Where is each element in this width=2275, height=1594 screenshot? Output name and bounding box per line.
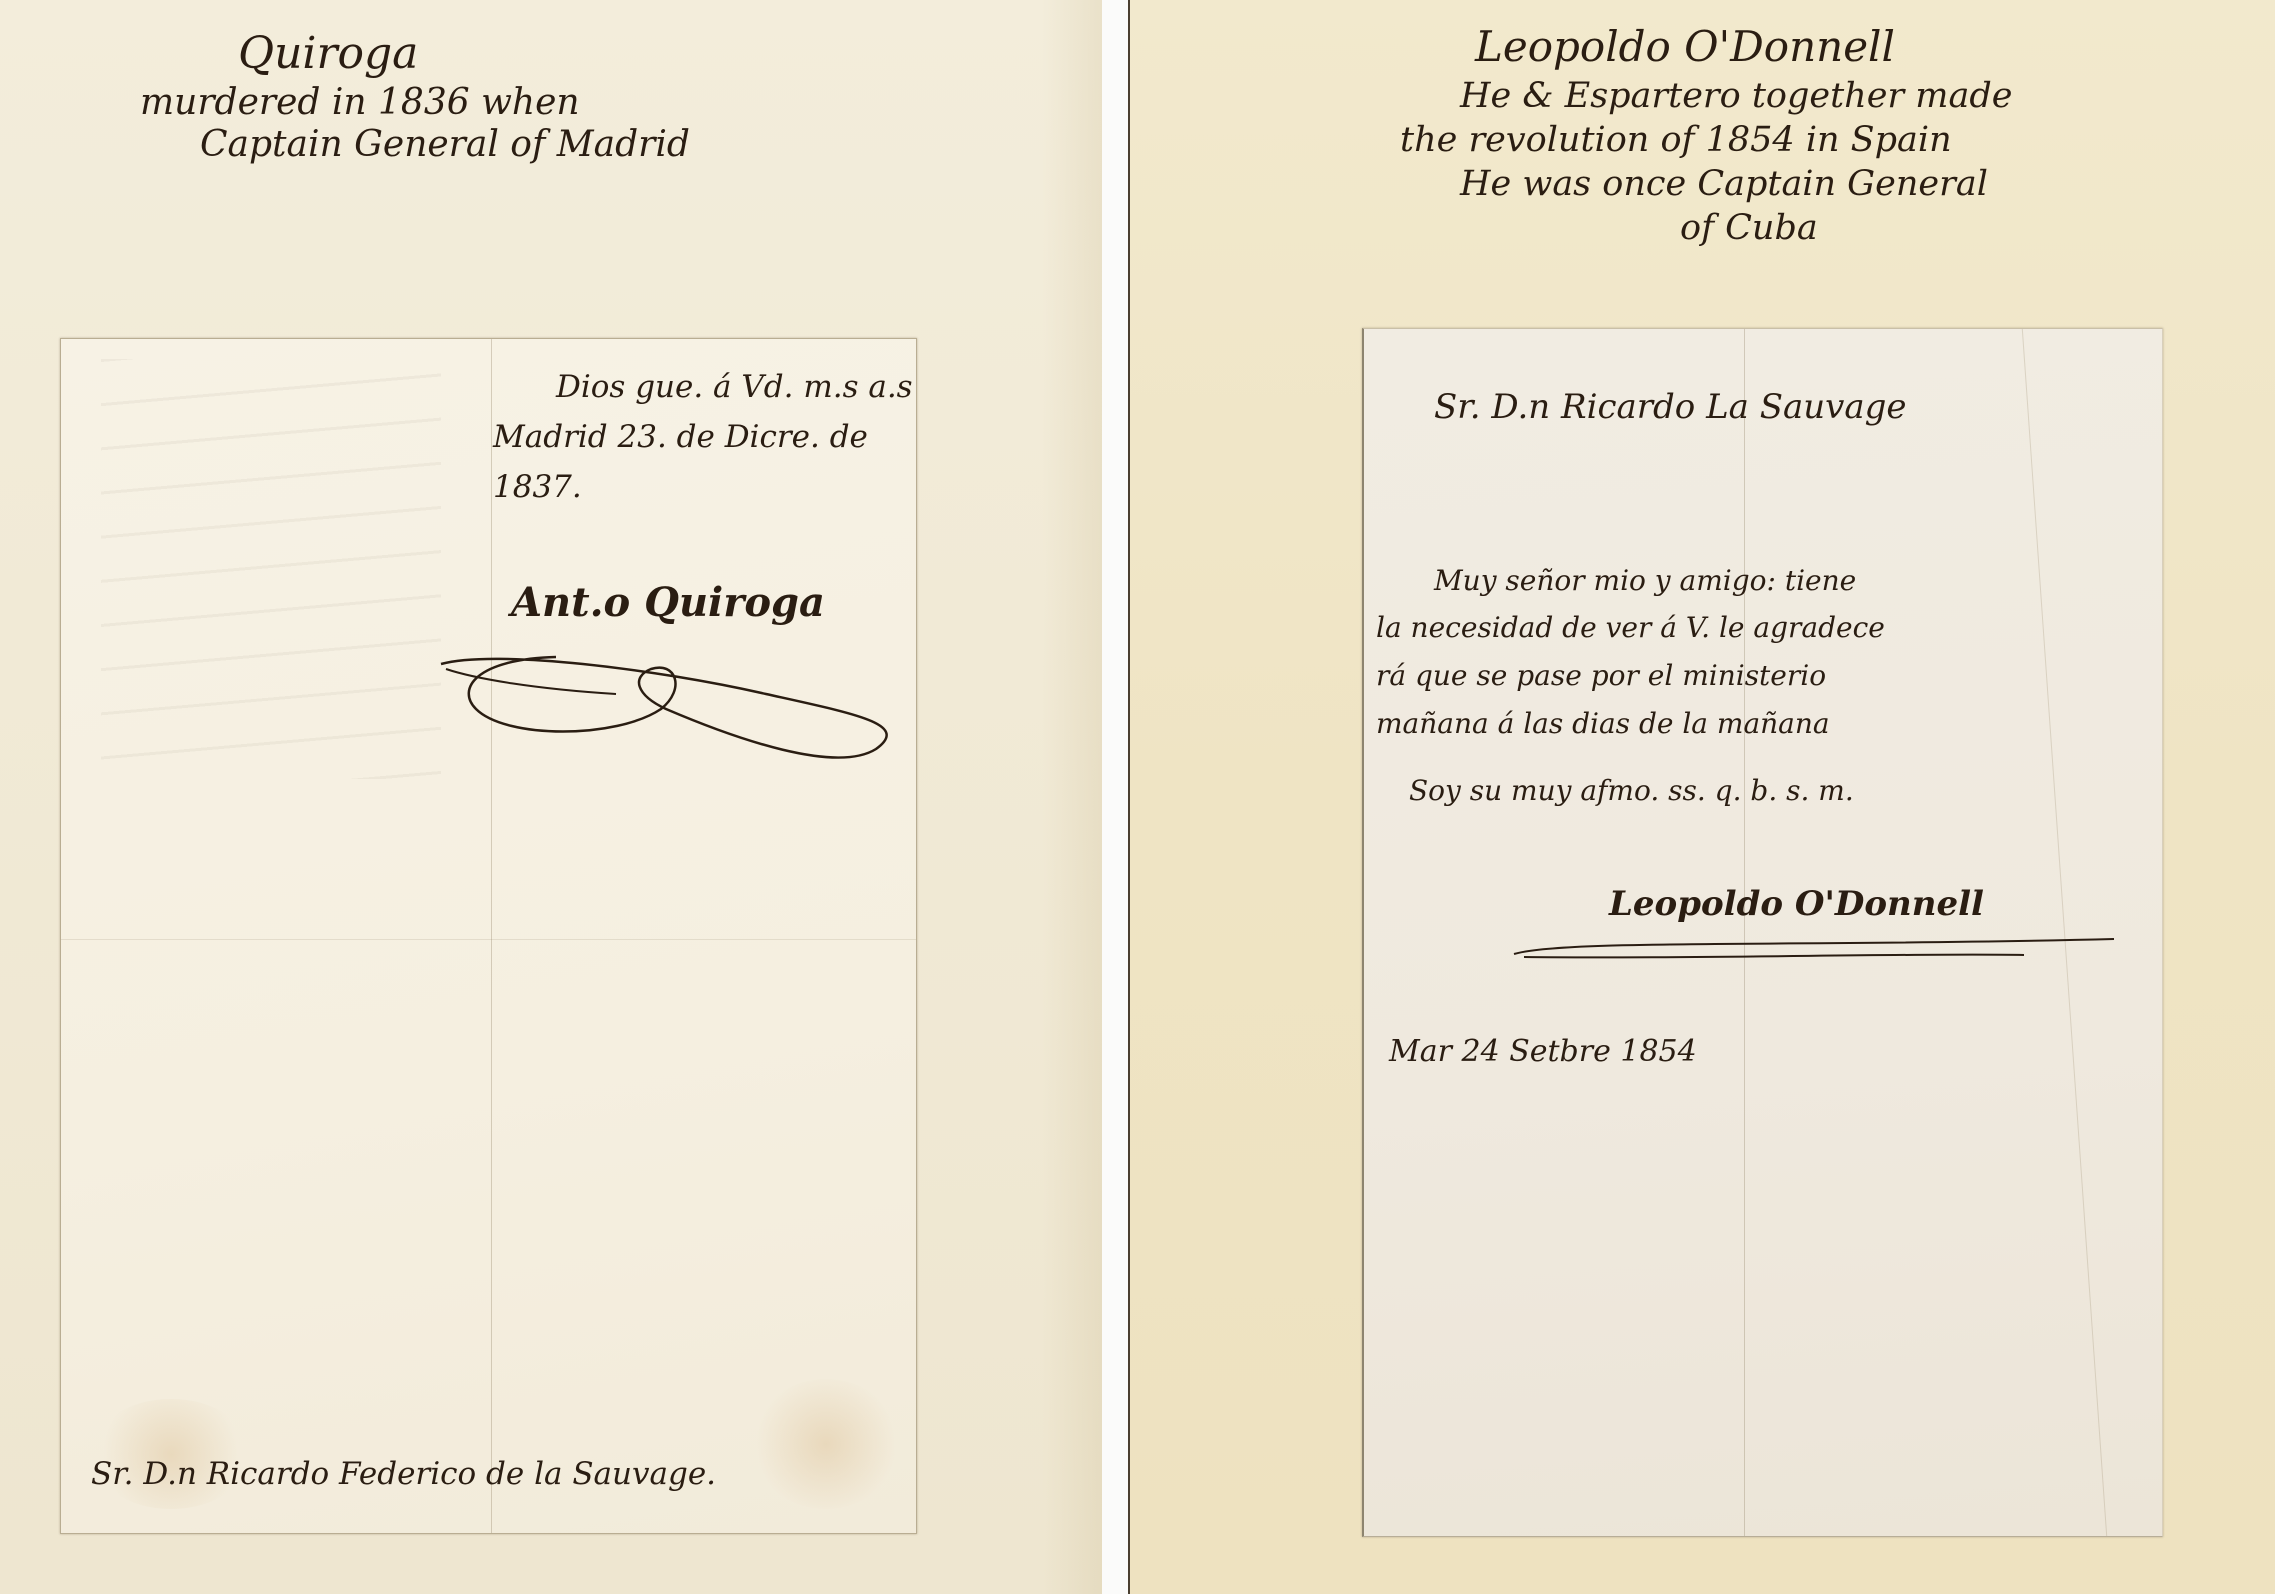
- annotation-line-2: Captain General of Madrid: [200, 124, 690, 165]
- body-line-4: mañana á las dias de la mañana: [1376, 707, 1830, 740]
- letter-sheet-odonnell: Sr. D.n Ricardo La Sauvage Muy señor mio…: [1362, 328, 2163, 1537]
- annotation-title-quiroga: Quiroga: [238, 28, 418, 79]
- signature-odonnell: Leopoldo O'Donnell: [1609, 884, 1984, 924]
- addressee-line: Sr. D.n Ricardo Federico de la Sauvage.: [91, 1456, 716, 1492]
- paper-stain: [91, 1399, 251, 1509]
- body-line-2: la necesidad de ver á V. le agradece: [1376, 611, 1885, 644]
- fold-line: [61, 939, 916, 940]
- signature-flourish: [436, 599, 916, 779]
- letter-closing-line-3: 1837.: [493, 469, 582, 505]
- annotation-line-1: murdered in 1836 when: [140, 82, 580, 123]
- annotation-line-1: He & Espartero together made: [1460, 76, 2012, 116]
- signature-underline: [1504, 919, 2124, 979]
- body-line-1: Muy señor mio y amigo: tiene: [1434, 564, 1856, 597]
- annotation-line-2: the revolution of 1854 in Spain: [1400, 120, 1952, 160]
- page-gutter: [1102, 0, 1130, 1594]
- paper-stain: [751, 1379, 901, 1509]
- letter-sheet-quiroga: Dios gue. á Vd. m.s a.s Madrid 23. de Di…: [60, 338, 917, 1534]
- letter-closing-line-1: Dios gue. á Vd. m.s a.s: [556, 369, 913, 405]
- annotation-line-3: He was once Captain General: [1460, 164, 1988, 204]
- letter-closing-line-2: Madrid 23. de Dicre. de: [493, 419, 868, 455]
- salutation: Sr. D.n Ricardo La Sauvage: [1434, 387, 1907, 427]
- annotation-line-4: of Cuba: [1680, 208, 1818, 248]
- body-line-3: rá que se pase por el ministerio: [1376, 659, 1826, 692]
- fold-line: [491, 339, 492, 1533]
- letter-date: Mar 24 Setbre 1854: [1389, 1034, 1697, 1069]
- annotation-title-odonnell: Leopoldo O'Donnell: [1475, 22, 1895, 71]
- bleed-through-text: [101, 359, 441, 779]
- closing-line: Soy su muy afmo. ss. q. b. s. m.: [1409, 774, 1854, 807]
